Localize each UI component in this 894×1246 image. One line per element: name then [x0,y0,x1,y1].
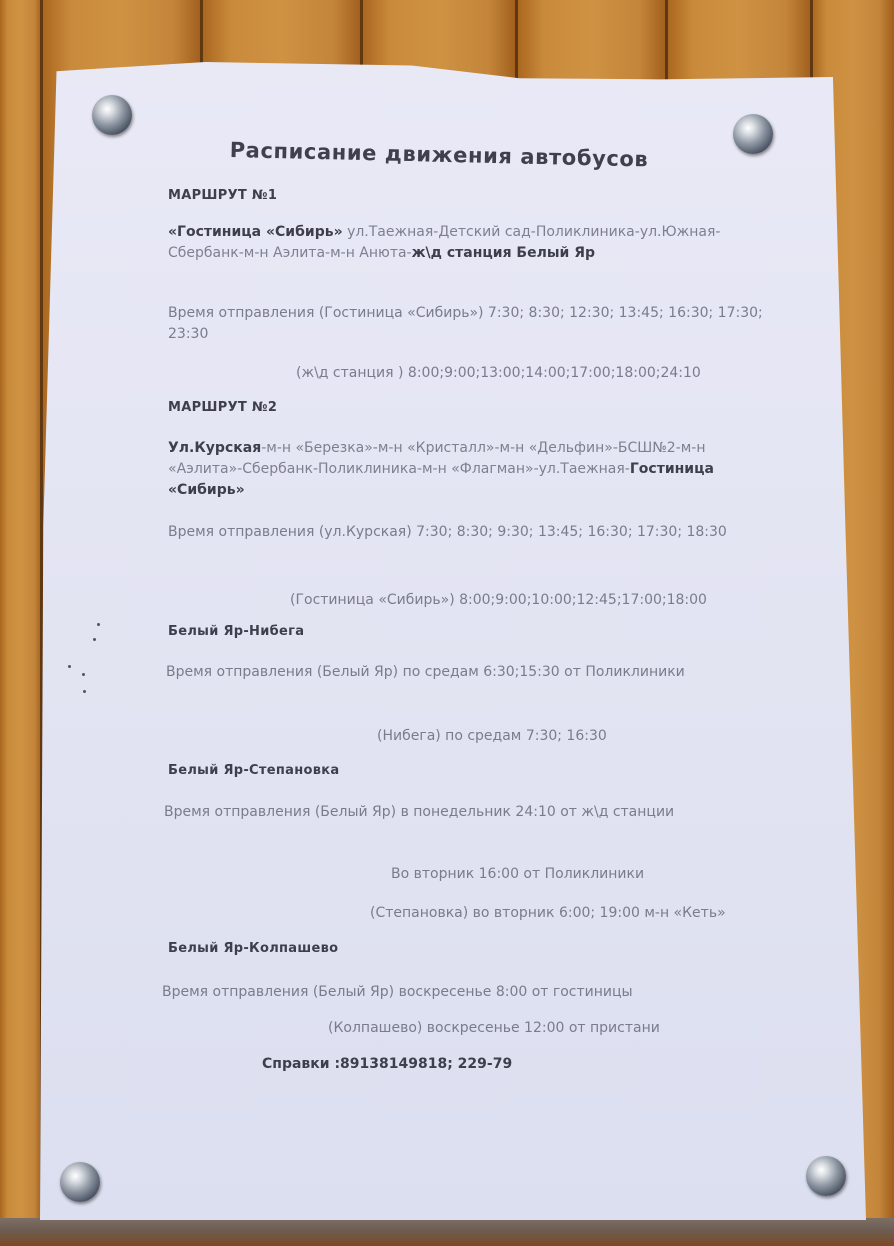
route-heading: МАРШРУТ №1 [168,188,277,203]
departure-times: Время отправления (Белый Яр) по средам 6… [166,662,726,683]
departure-times: (Колпашево) воскресенье 12:00 от пристан… [328,1018,660,1039]
departure-times: (Степановка) во вторник 6:00; 19:00 м-н … [370,903,726,924]
route-path: Ул.Курская-м-н «Березка»-м-н «Кристалл»-… [168,438,783,501]
contact-info: Справки :89138149818; 229-79 [262,1056,512,1072]
departure-times: (ж\д станция ) 8:00;9:00;13:00;14:00;17:… [296,363,701,384]
departure-times: (Гостиница «Сибирь») 8:00;9:00;10:00;12:… [290,590,707,611]
departure-times: Время отправления (ул.Курская) 7:30; 8:3… [168,522,793,543]
route-path: «Гостиница «Сибирь» ул.Таежная-Детский с… [168,222,778,264]
departure-times: Во вторник 16:00 от Поликлиники [391,864,644,885]
departure-times: (Нибега) по средам 7:30; 16:30 [377,726,607,747]
departure-times: Время отправления (Гостиница «Сибирь») 7… [168,303,788,345]
departure-times: Время отправления (Белый Яр) в понедельн… [164,802,764,823]
route-heading: Белый Яр-Степановка [168,763,339,778]
page-title: Расписание движения автобусов [229,138,749,174]
route-heading: Белый Яр-Колпашево [168,941,338,956]
bus-schedule: Расписание движения автобусов МАРШРУТ №1… [0,0,894,1246]
route-heading: МАРШРУТ №2 [168,400,277,415]
route-heading: Белый Яр-Нибега [168,624,304,639]
departure-times: Время отправления (Белый Яр) воскресенье… [162,982,633,1003]
